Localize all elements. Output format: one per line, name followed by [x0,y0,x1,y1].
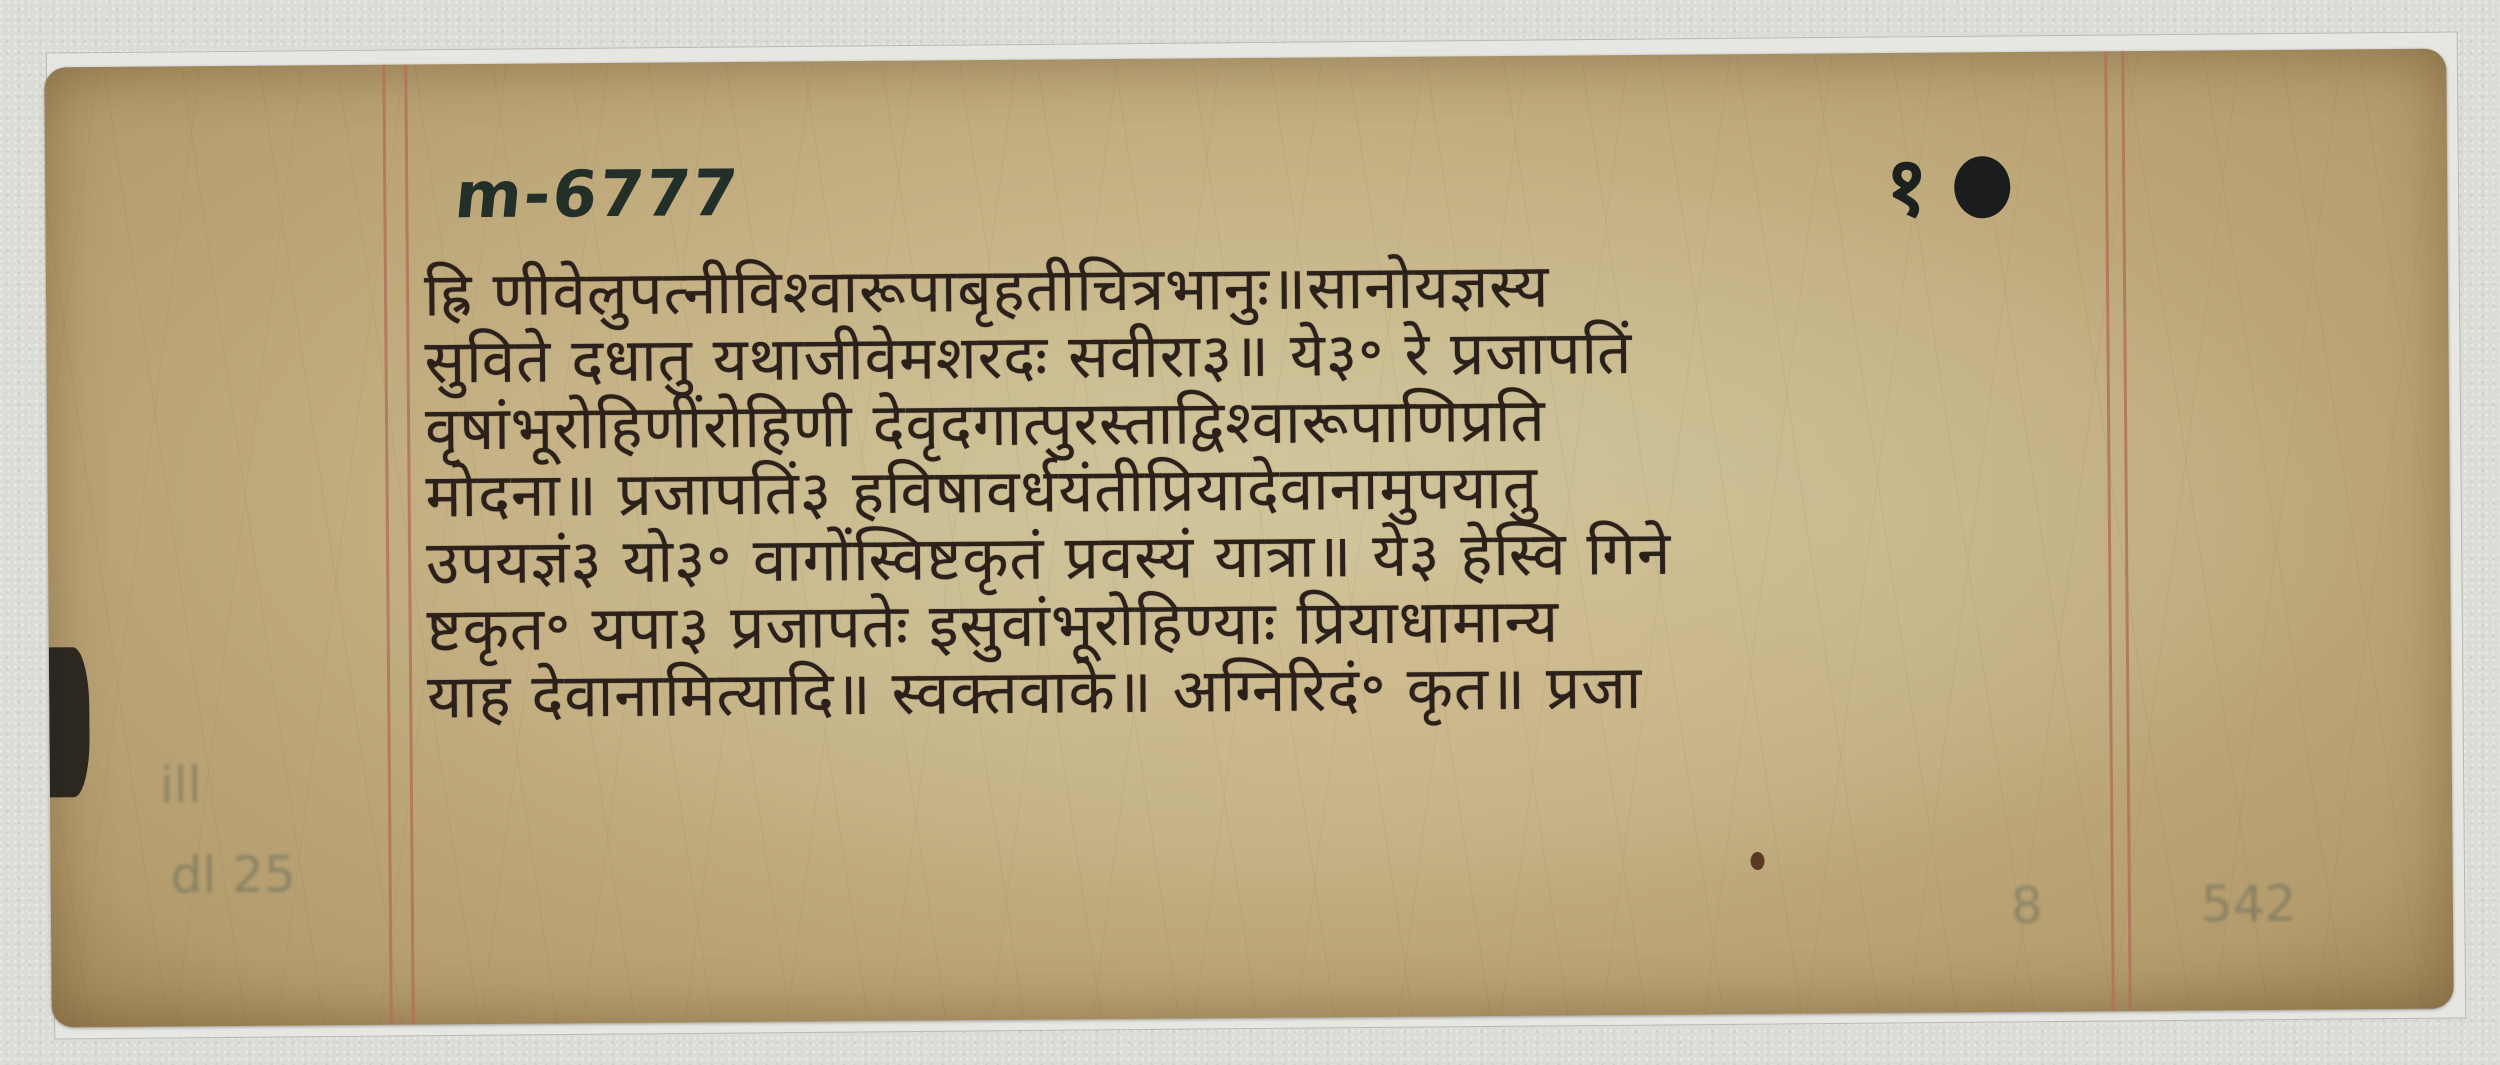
left-margin-rule [382,65,393,1025]
right-margin-rule [2121,51,2132,1011]
bleed-through-text: 8 [2011,877,2043,935]
bleed-through-text: dl 25 [170,845,296,904]
stain-spot [1750,852,1764,870]
text-line: याह देवानामित्यादि॥ स्वक्तवाके॥ अग्निरिद… [427,651,2117,731]
ink-blot-zero [1954,156,2010,218]
manuscript-folio: ill dl 25 8 542 m-6777 १ ह्रि णीवेलुपत्न… [44,49,2453,1028]
ink-blot-edge [49,647,90,797]
shelfmark-label: m-6777 [452,157,743,233]
left-margin-rule-inner [404,65,415,1025]
manuscript-text: ह्रि णीवेलुपत्नीविश्वारूपाबृहतीचित्रभानु… [424,249,2118,731]
folio-number: १ [1885,127,2011,240]
bleed-through-text: ill [160,756,202,814]
folio-number-digit: १ [1885,140,1928,235]
bleed-through-text: 542 [2201,875,2297,934]
